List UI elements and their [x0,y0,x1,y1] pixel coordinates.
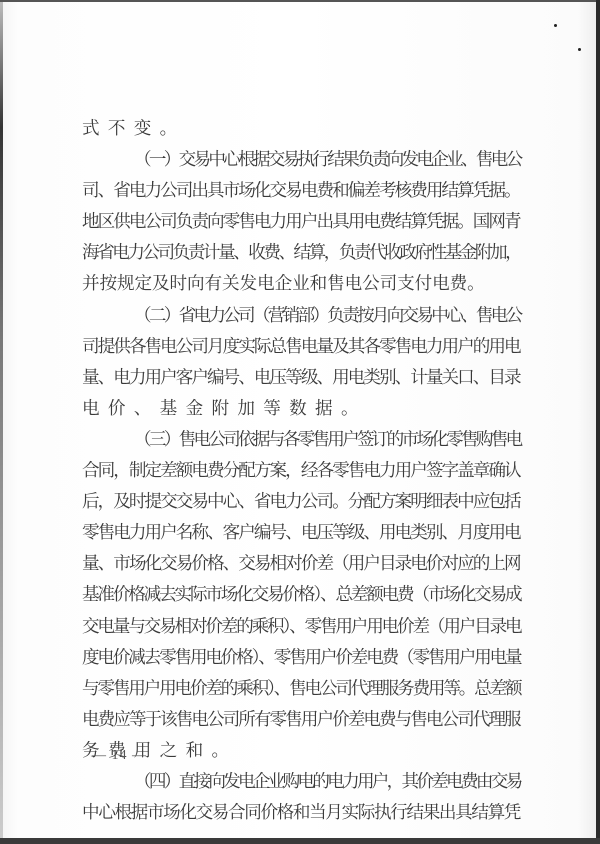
text-line: 基准价格减去实际市场化交易价格）、总差额电费（市场化交易成 [82,580,522,611]
text-line: 量、电力用户客户编号、电压等级、用电类别、计量关口、目录 [82,363,522,394]
text-line: 零售电力用户名称、客户编号、电压等级、用电类别、月度用电 [82,518,522,549]
text-line: 司提供各售电公司月度实际总售电量及其各零售电力用户的用电 [82,332,522,363]
text-line: 中心根据市场化交易合同价格和当月实际执行结果出具结算凭 [82,798,522,829]
text-line: 务费用之和。 [82,736,522,767]
text-line: 交电量与交易相对价差的乘积）、零售用户用电价差（用户目录电 [82,612,522,643]
text-line: 与零售用户用电价差的乘积）、售电公司代理服务费用等。总差额 [82,674,522,705]
page-bottom-shadow [0,838,600,844]
paragraph-first-line: （三）售电公司依据与各零售用户签订的市场化零售购售电 [82,425,522,456]
page-left-shadow [0,2,3,840]
text-line: 电价、基金附加等数据。 [82,394,522,425]
page-number: — 14 — [92,748,147,764]
text-line: 后，及时提交交易中心、省电力公司。分配方案明细表中应包括 [82,487,522,518]
text-line: 式不变。 [82,114,522,145]
text-line: 海省电力公司负责计量、收费、结算，负责代收政府性基金附加， [82,238,522,269]
text-line: 并按规定及时向有关发电企业和售电公司支付电费。 [82,269,522,300]
text-line: 量、市场化交易价格、交易相对价差（用户目录电价对应的上网 [82,549,522,580]
document-body: 式不变。（一）交易中心根据交易执行结果负责向发电企业、售电公司、省电力公司出具市… [82,114,522,829]
scan-speck [554,24,557,27]
text-line: 地区供电公司负责向零售电力用户出具用电费结算凭据。国网青 [82,207,522,238]
text-line: 司、省电力公司出具市场化交易电费和偏差考核费用结算凭据。 [82,176,522,207]
paragraph-first-line: （一）交易中心根据交易执行结果负责向发电企业、售电公 [82,145,522,176]
paragraph-first-line: （二）省电力公司（营销部）负责按月向交易中心、售电公 [82,301,522,332]
text-line: 合同，制定差额电费分配方案，经各零售电力用户签字盖章确认 [82,456,522,487]
scanned-page: 式不变。（一）交易中心根据交易执行结果负责向发电企业、售电公司、省电力公司出具市… [0,0,596,840]
paragraph-first-line: （四）直接向发电企业购电的电力用户，其价差电费由交易 [82,767,522,798]
text-line: 电费应等于该售电公司所有零售用户价差电费与售电公司代理服 [82,705,522,736]
scan-speck [578,48,581,51]
page-right-shadow [596,0,600,844]
text-line: 度电价减去零售用电价格）、零售用户价差电费（零售用户用电量 [82,643,522,674]
